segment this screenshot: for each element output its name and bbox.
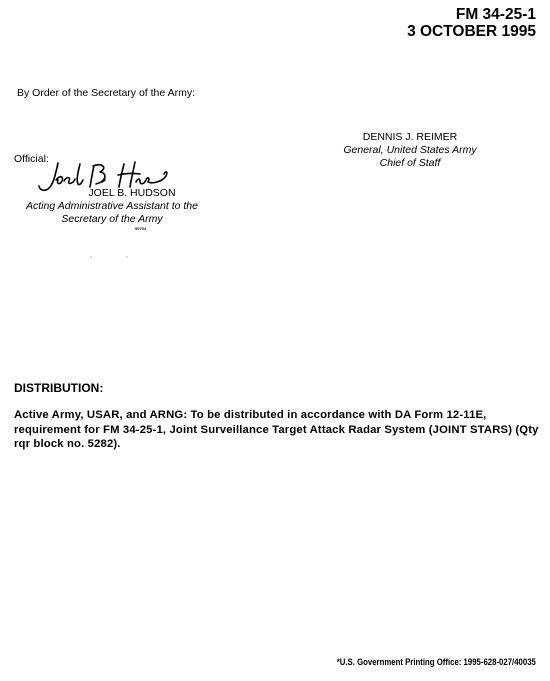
scan-speck xyxy=(90,256,92,258)
official-title-line2: Secretary of the Army xyxy=(0,213,224,226)
publication-date: 3 OCTOBER 1995 xyxy=(407,23,536,41)
distribution-heading: DISTRIBUTION: xyxy=(14,381,103,395)
distribution-body: Active Army, USAR, and ARNG: To be distr… xyxy=(14,408,544,452)
printing-office-footer: *U.S. Government Printing Office: 1995-6… xyxy=(337,657,536,668)
by-order-line: By Order of the Secretary of the Army: xyxy=(17,87,195,99)
scan-speck xyxy=(126,256,128,258)
official-title-line1: Acting Administrative Assistant to the xyxy=(0,200,224,213)
manual-number: FM 34-25-1 xyxy=(456,6,536,24)
official-name: JOEL B. HUDSON xyxy=(0,187,224,200)
chief-of-staff-title: Chief of Staff xyxy=(330,157,490,170)
chief-of-staff-rank: General, United States Army xyxy=(330,144,490,157)
document-code: 00704 xyxy=(135,226,146,231)
official-block: JOEL B. HUDSON Acting Administrative Ass… xyxy=(0,187,224,226)
chief-of-staff-name: DENNIS J. REIMER xyxy=(330,131,490,144)
chief-of-staff-block: DENNIS J. REIMER General, United States … xyxy=(330,131,490,170)
